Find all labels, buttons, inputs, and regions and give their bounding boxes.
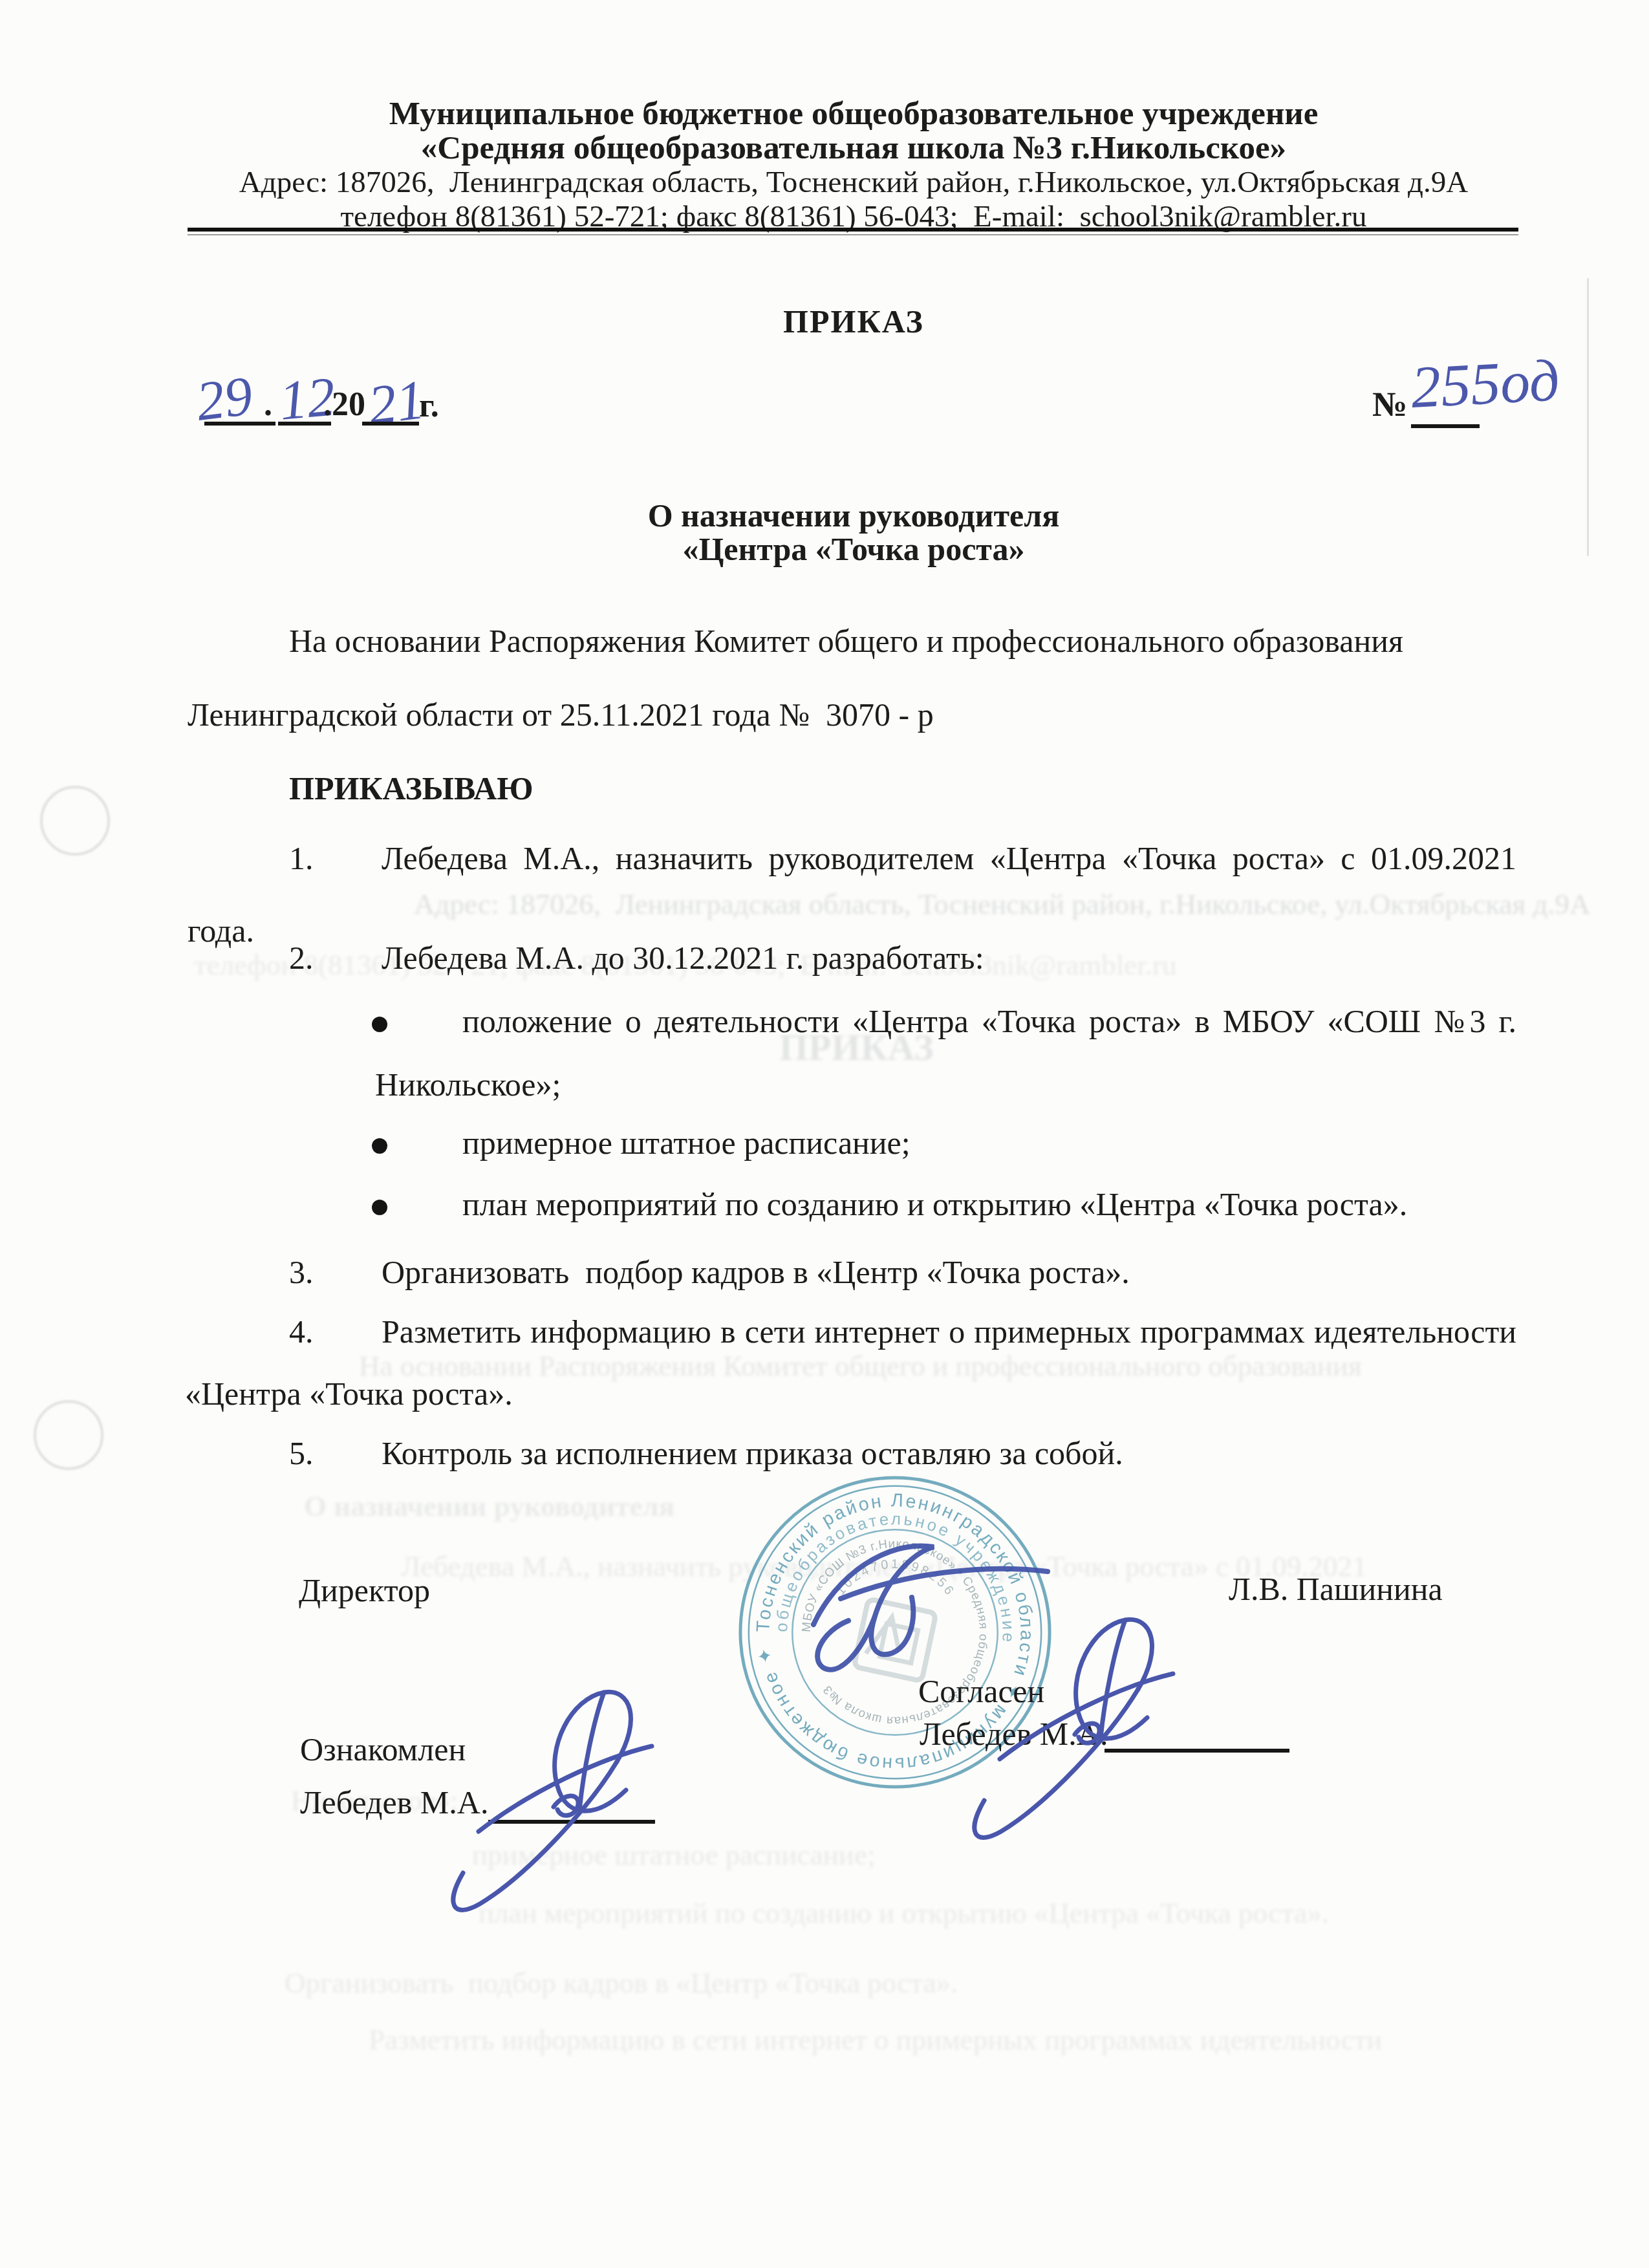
signature-agreed (975, 1619, 1173, 1837)
lebedev-signatures (0, 0, 1649, 2268)
scanned-order-page: Адрес: 187026, Ленинградская область, То… (0, 0, 1649, 2268)
signature-acknowledged (453, 1692, 652, 1910)
